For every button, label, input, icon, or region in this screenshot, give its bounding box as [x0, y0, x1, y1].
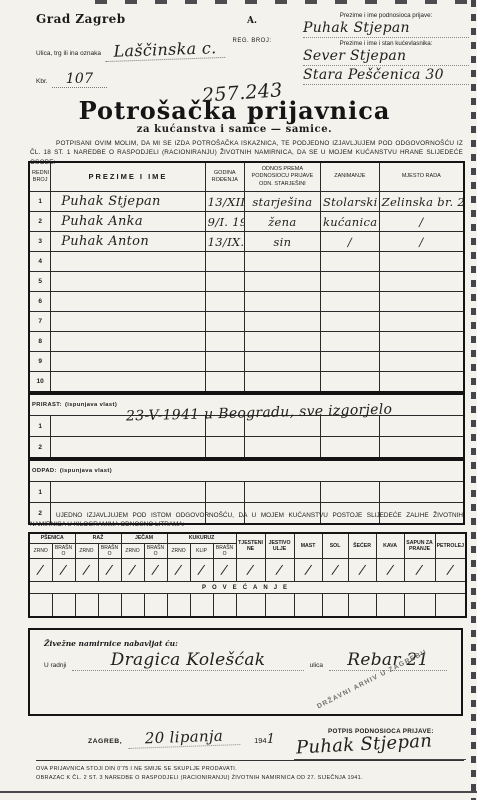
landlord-label: Prezime i ime i stan kućevlasnika: — [303, 40, 469, 47]
person-relation: sin — [244, 232, 320, 252]
scan-edge-top — [95, 0, 477, 4]
house-number-label: Kbr. — [36, 78, 48, 85]
slash-mark: ∕ — [221, 563, 228, 579]
slash-mark: ∕ — [247, 563, 254, 579]
row-number: 1 — [29, 416, 51, 437]
odpad-label-row: ODPAD:(ispunjava vlast) — [29, 460, 464, 482]
applicant-label: Prezime i ime podnosioca prijave: — [303, 12, 469, 19]
supplies-table: PŠENICA RAŽ JEČAM KUKURUZ TJESTENINE JES… — [28, 532, 467, 618]
slash-mark: ∕ — [175, 563, 182, 579]
slash-mark: ∕ — [129, 563, 136, 579]
row-number: 4 — [29, 252, 51, 272]
person-row: 7 — [29, 312, 464, 332]
person-name: Puhak Anton — [51, 232, 205, 252]
slash-mark: ∕ — [60, 563, 67, 579]
prirast-label: PRIRAST: — [32, 402, 62, 408]
tables-block: REDNI BROJ PREZIME I IME GODINA ROĐENJA … — [28, 161, 465, 525]
slash-mark: ∕ — [447, 563, 454, 579]
slash-mark: ∕ — [276, 563, 283, 579]
slash-mark: ∕ — [37, 563, 44, 579]
subcol-zrno: ZRNO — [29, 543, 52, 559]
person-workplace: ∕ — [379, 232, 464, 252]
date-line: ZAGREB, 20 lipanja 194 1 — [88, 728, 275, 747]
person-born: 13/XII. 1913 — [205, 192, 244, 212]
form-subtitle: za kućanstva i samce — samice. — [0, 124, 469, 135]
year-printed: 194 — [254, 736, 267, 747]
person-occupation: kućanica — [320, 212, 379, 232]
col-mast: MAST — [294, 533, 322, 559]
col-sol: SOL — [322, 533, 348, 559]
row-number: 1 — [29, 482, 51, 503]
col-secer: ŠEĆER — [348, 533, 376, 559]
col-group-kukuruz: KUKURUZ — [167, 533, 236, 543]
odpad-label: ODPAD: — [32, 468, 57, 474]
person-relation: žena — [244, 212, 320, 232]
shop-name-handwritten: Dragica Kolešćak — [72, 650, 303, 671]
person-occupation: Stolarski pom. — [320, 192, 379, 212]
row-number: 8 — [29, 332, 51, 352]
subcol-zrno: ZRNO — [75, 543, 98, 559]
row-number: 6 — [29, 292, 51, 312]
person-occupation: ∕ — [320, 232, 379, 252]
supplies-values-row: ∕ ∕ ∕ ∕ ∕ ∕ ∕ ∕ ∕ ∕ ∕ ∕ ∕ ∕ ∕ ∕ ∕ — [29, 559, 466, 582]
row-number: 10 — [29, 372, 51, 393]
odpad-row: 1 — [29, 482, 464, 503]
person-born: 9/I. 1914 — [205, 212, 244, 232]
person-born: 13/IX. 1936 — [205, 232, 244, 252]
fine-print-line1: OVA PRIJAVNICA STOJI DIN 0'75 I NE SMIJE… — [36, 765, 464, 774]
subcol-zrno: ZRNO — [121, 543, 144, 559]
purchase-intro: Živežne namirnice nabavljat ću: — [44, 639, 461, 648]
supplies-group-header-row: PŠENICA RAŽ JEČAM KUKURUZ TJESTENINE JES… — [29, 533, 466, 543]
header-right-block: Prezime i ime podnosioca prijave: Puhak … — [303, 10, 469, 85]
person-row: 4 — [29, 252, 464, 272]
subcol-klip: KLIP — [190, 543, 213, 559]
col-petrolej: PETROLEJ — [435, 533, 466, 559]
slash-mark: ∕ — [332, 563, 339, 579]
fine-print-line2: OBRAZAC K ČL. 2 ST. 3 NAREDBE O RASPODJE… — [36, 774, 464, 783]
povecanje-label: POVEĆANJE — [29, 582, 466, 594]
supplies-table-block: PŠENICA RAŽ JEČAM KUKURUZ TJESTENINE JES… — [28, 532, 465, 618]
slash-mark: ∕ — [305, 563, 312, 579]
slash-mark: ∕ — [152, 563, 159, 579]
row-number: 3 — [29, 232, 51, 252]
landlord-address-handwritten: Stara Peščenica 30 — [303, 67, 469, 85]
person-row: 2 Puhak Anka 9/I. 1914 žena kućanica ∕ — [29, 212, 464, 232]
slash-mark: ∕ — [359, 563, 366, 579]
row-number: 2 — [29, 212, 51, 232]
subcol-brasno: BRAŠNO — [213, 543, 236, 559]
person-row: 1 Puhak Stjepan 13/XII. 1913 starješina … — [29, 192, 464, 212]
fine-print-block: OVA PRIJAVNICA STOJI DIN 0'75 I NE SMIJE… — [36, 760, 464, 784]
persons-table: REDNI BROJ PREZIME I IME GODINA ROĐENJA … — [28, 161, 465, 393]
scan-edge-right — [471, 0, 476, 800]
section-letter: A. — [222, 16, 282, 26]
col-header-mjesto-rada: MJESTO RADA — [379, 162, 464, 192]
scan-edge-bottom — [0, 791, 477, 793]
place-label: ZAGREB, — [88, 738, 122, 747]
form-title: Potrošačka prijavnica — [0, 96, 469, 125]
row-number: 2 — [29, 437, 51, 459]
scanned-form-page: Grad Zagreb Ulica, trg ili ina oznaka La… — [0, 0, 477, 800]
person-row: 8 — [29, 332, 464, 352]
slash-mark: ∕ — [106, 563, 113, 579]
slash-mark: ∕ — [83, 563, 90, 579]
row-number: 1 — [29, 192, 51, 212]
povecanje-row: POVEĆANJE — [29, 582, 466, 594]
col-header-odnos: ODNOS PREMA PODNOSIOCU PRIJAVE ODN. STAR… — [244, 162, 320, 192]
slash-mark: ∕ — [416, 563, 423, 579]
col-header-prezime-ime: PREZIME I IME — [51, 162, 205, 192]
col-sapun: SAPUN ZA PRANJE — [404, 533, 435, 559]
col-group-psenica: PŠENICA — [29, 533, 75, 543]
date-handwritten: 20 lipanja — [128, 726, 241, 749]
purchase-box: Živežne namirnice nabavljat ću: U radnji… — [28, 628, 463, 716]
landlord-name-handwritten: Sever Stjepan — [303, 48, 469, 66]
year-handwritten: 1 — [267, 732, 276, 747]
row-number: 5 — [29, 272, 51, 292]
subcol-brasno: BRAŠNO — [144, 543, 167, 559]
street-value-handwritten: Laščinska c. — [105, 38, 226, 62]
col-tjestenine: TJESTENINE — [236, 533, 265, 559]
col-header-redni-broj: REDNI BROJ — [29, 162, 51, 192]
shop-label: U radnji — [44, 662, 66, 671]
prirast-row: 2 — [29, 437, 464, 459]
col-group-jecam: JEČAM — [121, 533, 167, 543]
prirast-sublabel: (ispunjava vlast) — [65, 402, 117, 408]
reg-number-label: REG. BROJ: — [222, 38, 282, 44]
person-relation: starješina — [244, 192, 320, 212]
shop-street-label: ulica — [310, 662, 323, 671]
header-center-block: A. REG. BROJ: — [222, 16, 282, 44]
applicant-name-handwritten: Puhak Stjepan — [303, 20, 469, 38]
person-name: Puhak Stjepan — [51, 192, 205, 212]
person-row: 6 — [29, 292, 464, 312]
persons-header-row: REDNI BROJ PREZIME I IME GODINA ROĐENJA … — [29, 162, 464, 192]
slash-mark: ∕ — [387, 563, 394, 579]
person-row: 3 Puhak Anton 13/IX. 1936 sin ∕ ∕ — [29, 232, 464, 252]
col-kava: KAVA — [376, 533, 404, 559]
row-number: 7 — [29, 312, 51, 332]
subcol-zrno: ZRNO — [167, 543, 190, 559]
subcol-brasno: BRAŠNO — [52, 543, 75, 559]
col-header-zanimanje: ZANIMANJE — [320, 162, 379, 192]
person-row: 10 — [29, 372, 464, 393]
subcol-brasno: BRAŠNO — [98, 543, 121, 559]
supplies-empty-row — [29, 594, 466, 618]
person-name: Puhak Anka — [51, 212, 205, 232]
signature-handwritten: Puhak Stjepan — [296, 730, 433, 758]
row-number: 9 — [29, 352, 51, 372]
person-row: 5 — [29, 272, 464, 292]
person-row: 9 — [29, 352, 464, 372]
slash-mark: ∕ — [198, 563, 205, 579]
house-number-value-handwritten: 107 — [52, 71, 107, 88]
col-group-raz: RAŽ — [75, 533, 121, 543]
person-workplace: Zelinska br. 22 — [379, 192, 464, 212]
street-label: Ulica, trg ili ina oznaka — [36, 50, 101, 57]
col-jestivo-ulje: JESTIVO ULJE — [265, 533, 294, 559]
person-workplace: ∕ — [379, 212, 464, 232]
col-header-godina: GODINA ROĐENJA — [205, 162, 244, 192]
supplies-paragraph: UJEDNO IZJAVLJUJEM POD ISTOM ODGOVORNOŠĆ… — [30, 511, 463, 530]
odpad-sublabel: (ispunjava vlast) — [60, 468, 112, 474]
